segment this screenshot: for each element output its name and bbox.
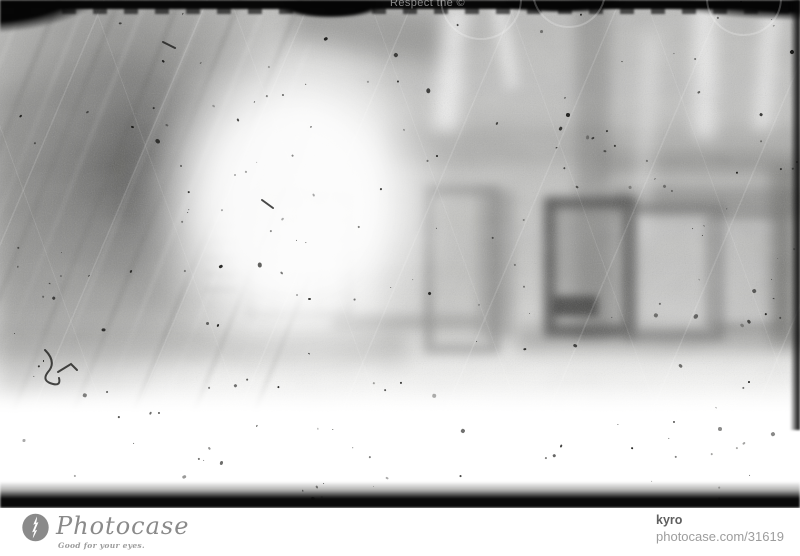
- lightning-bolt-icon: [21, 513, 50, 542]
- photocase-logo: [21, 513, 50, 542]
- dust-specks: [0, 0, 800, 508]
- photo-credit: kyro photocase.com/31619: [656, 513, 784, 545]
- brand-tagline: Good for your eyes.: [58, 541, 145, 550]
- author-name: kyro: [656, 513, 784, 527]
- photograph: Respect the ©: [0, 0, 800, 508]
- film-border-right: [790, 0, 800, 430]
- brand-name: Photocase: [56, 512, 189, 540]
- photo-url: photocase.com/31619: [656, 530, 784, 545]
- film-border-bottom: [0, 474, 800, 508]
- copyright-watermark: Respect the ©: [390, 0, 465, 9]
- photo-preview-page: Respect the © Photocase Good for your ey…: [0, 0, 800, 556]
- footer: Photocase Good for your eyes. kyro photo…: [0, 508, 800, 556]
